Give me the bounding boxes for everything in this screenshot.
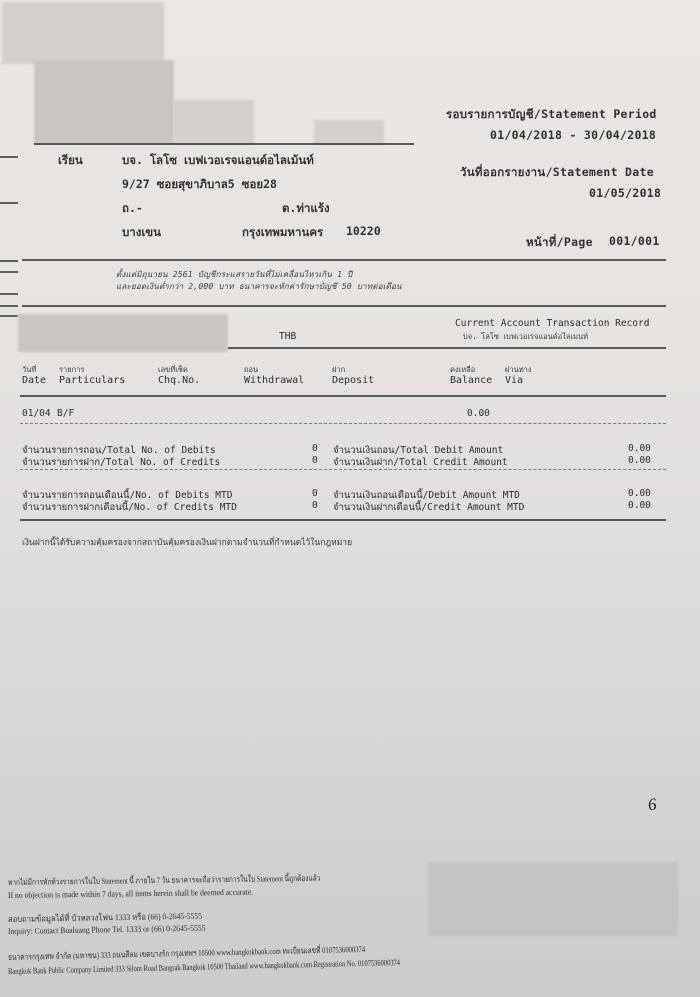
handwritten-mark: 6 [647,795,658,816]
total-credits-count-label: จำนวนรายการฝาก/Total No. of Credits [22,455,220,470]
row-divider [20,423,666,424]
salutation: เรียน [58,152,83,170]
total-debit-amount: 0.00 [628,443,651,454]
total-credits-count: 0 [312,455,318,466]
table-header-rule [20,395,666,397]
redacted-account-name-2 [174,100,254,144]
footer-objection-en: If no objection is made within 7 days, a… [8,887,253,900]
col-balance: Balance [450,375,492,386]
address-subdistrict: ต.ท่าแร้ง [282,200,330,218]
redacted-logo [2,2,164,64]
col-date: Date [22,375,46,386]
col-withdrawal: Withdrawal [244,375,304,386]
statement-period-value: 01/04/2018 - 30/04/2018 [490,128,656,142]
redacted-footer-box [428,862,678,936]
margin-mark [0,315,18,317]
mtd-credits-count-label: จำนวนรายการฝากเดือนนี้/No. of Credits MT… [22,500,237,515]
redacted-account-name-3 [314,120,384,144]
recipient-name: บจ. โลโซ เบฟเวอเรจแอนด์อไลเม้นท์ [122,152,314,170]
record-account-holder: บจ. โลโซ เบฟเวอเรจแอนด์อไลเมนท์ [463,331,588,343]
margin-mark [0,271,18,273]
notice-bottom-rule [22,305,666,307]
page-label: หน้าที่/Page [526,234,593,252]
total-credit-amount: 0.00 [628,455,651,466]
mtd-debits-count: 0 [312,488,318,499]
row-balance: 0.00 [467,408,490,419]
account-underline [228,347,666,349]
currency-label: THB [279,331,296,342]
margin-mark [0,305,18,307]
address-line-1: 9/27 ซอยสุขาภิบาล5 ซอย28 [122,176,277,194]
mtd-credit-amount: 0.00 [628,500,651,511]
address-postcode: 10220 [346,224,381,238]
col-chq-no: Chq.No. [158,375,200,386]
margin-mark [0,156,18,158]
margin-mark [0,293,18,295]
margin-mark [0,202,18,204]
total-debits-count: 0 [312,443,318,454]
mtd-bottom-rule [20,519,666,521]
underline-account-name [34,143,414,145]
address-road: ถ.- [122,200,143,218]
page-number: 001/001 [609,234,660,248]
address-district: บางเขน [122,224,161,242]
col-particulars: Particulars [59,375,125,386]
redacted-account-number [18,314,228,352]
notice-top-rule [22,259,666,261]
col-deposit: Deposit [332,375,374,386]
mtd-credits-count: 0 [312,500,318,511]
record-title: Current Account Transaction Record [455,318,649,329]
address-province: กรุงเทพมหานคร [242,224,323,242]
redacted-account-name [34,60,174,144]
mtd-credit-amount-label: จำนวนเงินฝากเดือนนี้/Credit Amount MTD [333,500,524,515]
statement-date-label: วันที่ออกรายงาน/Statement Date [460,164,654,182]
footer-inquiry-en: Inquiry: Contact Bualuang Phone Tel. 133… [8,923,206,936]
row-particulars: B/F [57,408,74,419]
deposit-protection-note: เงินฝากนี้ได้รับความคุ้มครองจากสถาบันคุ้… [22,535,352,549]
notice-line-2: และยอดเงินต่ำกว่า 2,000 บาท ธนาคารจะหักค… [116,280,402,293]
total-credit-amount-label: จำนวนเงินฝาก/Total Credit Amount [333,455,508,470]
mtd-debit-amount: 0.00 [628,488,651,499]
statement-period-label: รอบรายการบัญชี/Statement Period [446,106,657,124]
margin-mark [0,260,18,262]
totals-divider [20,469,666,470]
col-via: Via [505,375,523,386]
statement-date-value: 01/05/2018 [589,186,661,200]
footer-objection-th: หากไม่มีการทักท้วงรายการในใบ Statement น… [8,872,321,889]
row-date: 01/04 [22,408,51,419]
